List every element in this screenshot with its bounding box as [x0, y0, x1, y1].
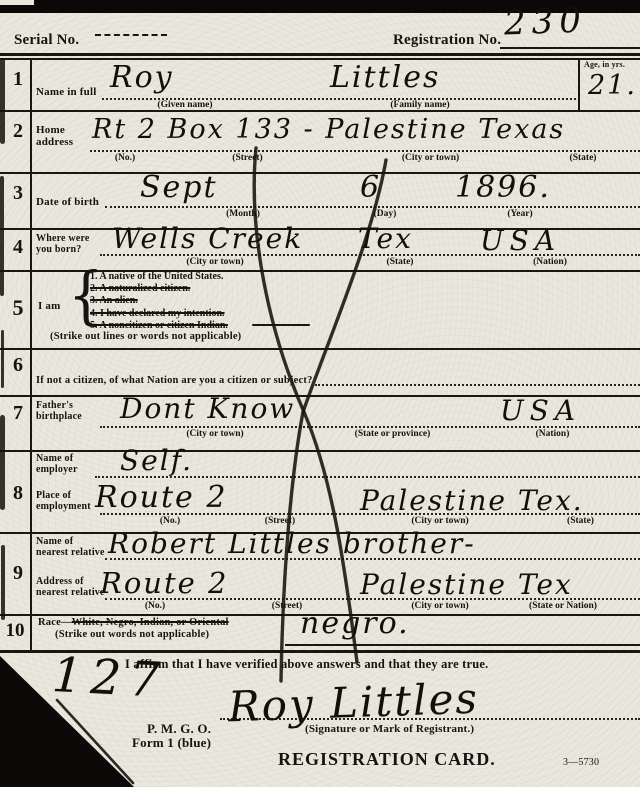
row-number-6: 6: [6, 354, 30, 377]
row-number-10: 10: [3, 620, 27, 642]
home-address-label-2: address: [36, 136, 73, 148]
employer-label-2: employer: [36, 464, 78, 475]
race-label-text: Race—: [38, 617, 72, 628]
rule: [0, 53, 640, 56]
state-nation-sublabel: (State or Nation): [508, 601, 618, 611]
nation-citizen-question: If not a citizen, of what Nation are you…: [36, 375, 313, 387]
row-number-5: 5: [6, 295, 30, 321]
no-sublabel: (No.): [100, 153, 150, 163]
fathers-birthplace-label-1: Father's: [36, 400, 73, 411]
citizenship-option-2-struck: 2. A naturalized citizen.: [90, 283, 228, 295]
year-sublabel: (Year): [490, 209, 550, 219]
fathers-birthplace-label-2: birthplace: [36, 411, 82, 422]
citizenship-option-4-struck: 4. I have declared my intention.: [90, 308, 228, 320]
row-number-8: 8: [6, 482, 30, 505]
scan-edge-mark: [0, 415, 5, 510]
nation-citizen-answer-line: [315, 384, 640, 386]
row-number-7: 7: [6, 402, 30, 425]
rule: [0, 58, 640, 60]
fathers-birthplace-handwritten: Dont Know: [120, 392, 295, 425]
card-title: REGISTRATION CARD.: [278, 750, 496, 770]
fathers-nation-handwritten: USA: [500, 394, 581, 427]
nearest-relative-address-label-1: Address of: [36, 576, 84, 587]
strike-tail-mark: [252, 324, 310, 326]
month-sublabel: (Month): [208, 209, 278, 219]
citizenship-options-list: 1. A native of the United States. 2. A n…: [90, 271, 228, 332]
rule: [0, 450, 640, 452]
form-number-text: Form 1 (blue): [132, 736, 211, 750]
rule: [0, 110, 640, 112]
state-sublabel: (State): [370, 257, 430, 267]
rule: [0, 348, 640, 350]
age-header: Age, in yrs.: [584, 61, 625, 70]
birth-month-handwritten: Sept: [140, 170, 218, 205]
scan-corner-triangle: [0, 656, 134, 787]
registrant-signature-handwritten: Roy Littles: [227, 674, 479, 732]
nearest-relative-name-label-2: nearest relative: [36, 547, 105, 558]
i-am-label: I am: [38, 300, 61, 312]
employment-city-handwritten: Palestine Tex.: [360, 484, 584, 517]
date-of-birth-answer-line: [105, 206, 640, 208]
no-sublabel: (No.): [145, 516, 195, 526]
race-handwritten: negro.: [300, 606, 410, 641]
nearest-relative-name-handwritten: Robert Littles brother-: [108, 527, 476, 560]
city-sublabel: (City or town): [383, 153, 478, 163]
registration-card: Serial No. Registration No. 230 1 Name i…: [0, 0, 640, 787]
street-sublabel: (Street): [245, 516, 315, 526]
scan-notch: [0, 0, 34, 5]
nation-sublabel: (Nation): [520, 429, 585, 439]
given-name-sublabel: (Given name): [130, 100, 240, 110]
row-number-4: 4: [6, 236, 30, 259]
age-column-divider: [578, 58, 580, 110]
registration-label: Registration No.: [393, 32, 501, 49]
serial-label: Serial No.: [14, 32, 79, 49]
row-number-2: 2: [6, 120, 30, 143]
strike-out-words-note: (Strike out words not applicable): [55, 629, 209, 641]
print-code: 3—5730: [563, 757, 599, 768]
row-number-9: 9: [6, 562, 30, 585]
city-sublabel: (City or town): [390, 516, 490, 526]
scan-edge-mark: [0, 58, 5, 144]
home-address-answer-line: [90, 150, 640, 152]
birth-year-handwritten: 1896.: [455, 170, 551, 205]
scan-edge-mark: [1, 330, 4, 388]
scan-edge-mark: [0, 176, 4, 296]
citizenship-option-1: 1. A native of the United States.: [90, 271, 228, 283]
nation-sublabel: (Nation): [515, 257, 585, 267]
employment-place-label-2: employment: [36, 501, 91, 512]
number-column-divider: [30, 58, 32, 652]
state-province-sublabel: (State or province): [330, 429, 455, 439]
state-sublabel: (State): [553, 153, 613, 163]
relative-address-city-handwritten: Palestine Tex: [360, 568, 573, 601]
given-name-handwritten: Roy: [110, 60, 174, 95]
employer-handwritten: Self.: [120, 444, 193, 477]
affirmation-text: I affirm that I have verified above answ…: [125, 658, 488, 672]
birth-nation-handwritten: USA: [480, 224, 561, 257]
where-born-label-1: Where were: [36, 233, 90, 244]
nearest-relative-address-label-2: nearest relative: [36, 587, 105, 598]
race-answer-line: [285, 644, 640, 646]
strike-out-lines-note: (Strike out lines or words not applicabl…: [50, 331, 241, 343]
age-handwritten: 21.: [588, 70, 637, 101]
registration-line: [500, 47, 640, 49]
nearest-relative-name-label-1: Name of: [36, 536, 73, 547]
birth-day-handwritten: 6: [360, 170, 381, 205]
home-address-label-1: Home: [36, 124, 65, 136]
employer-label-1: Name of: [36, 453, 73, 464]
relative-address-no-handwritten: Route 2: [100, 566, 228, 600]
row-number-3: 3: [6, 182, 30, 205]
registration-number-handwritten: 230: [503, 1, 587, 44]
city-sublabel: (City or town): [165, 257, 265, 267]
state-sublabel: (State): [548, 516, 613, 526]
serial-blank-line: [95, 34, 167, 36]
birth-state-handwritten: Tex: [358, 222, 413, 255]
street-sublabel: (Street): [210, 153, 285, 163]
employment-place-label-1: Place of: [36, 490, 71, 501]
where-born-label-2: you born?: [36, 244, 81, 255]
birth-city-handwritten: Wells Creek: [112, 222, 303, 255]
day-sublabel: (Day): [355, 209, 415, 219]
employment-no-handwritten: Route 2: [95, 480, 227, 515]
row-number-1: 1: [6, 68, 30, 91]
city-sublabel: (City or town): [160, 429, 270, 439]
race-label: Race—White, Negro, Indian, or Oriental: [38, 617, 229, 629]
family-name-sublabel: (Family name): [360, 100, 480, 110]
date-of-birth-label: Date of birth: [36, 196, 99, 208]
name-in-full-label: Name in full: [36, 86, 96, 98]
race-options-struck: White, Negro, Indian, or Oriental: [72, 617, 229, 628]
home-address-handwritten: Rt 2 Box 133 - Palestine Texas: [92, 114, 565, 145]
family-name-handwritten: Littles: [330, 60, 440, 95]
no-sublabel: (No.): [130, 601, 180, 611]
citizenship-option-3-struck: 3. An alien.: [90, 295, 228, 307]
scan-edge-mark: [1, 545, 5, 620]
